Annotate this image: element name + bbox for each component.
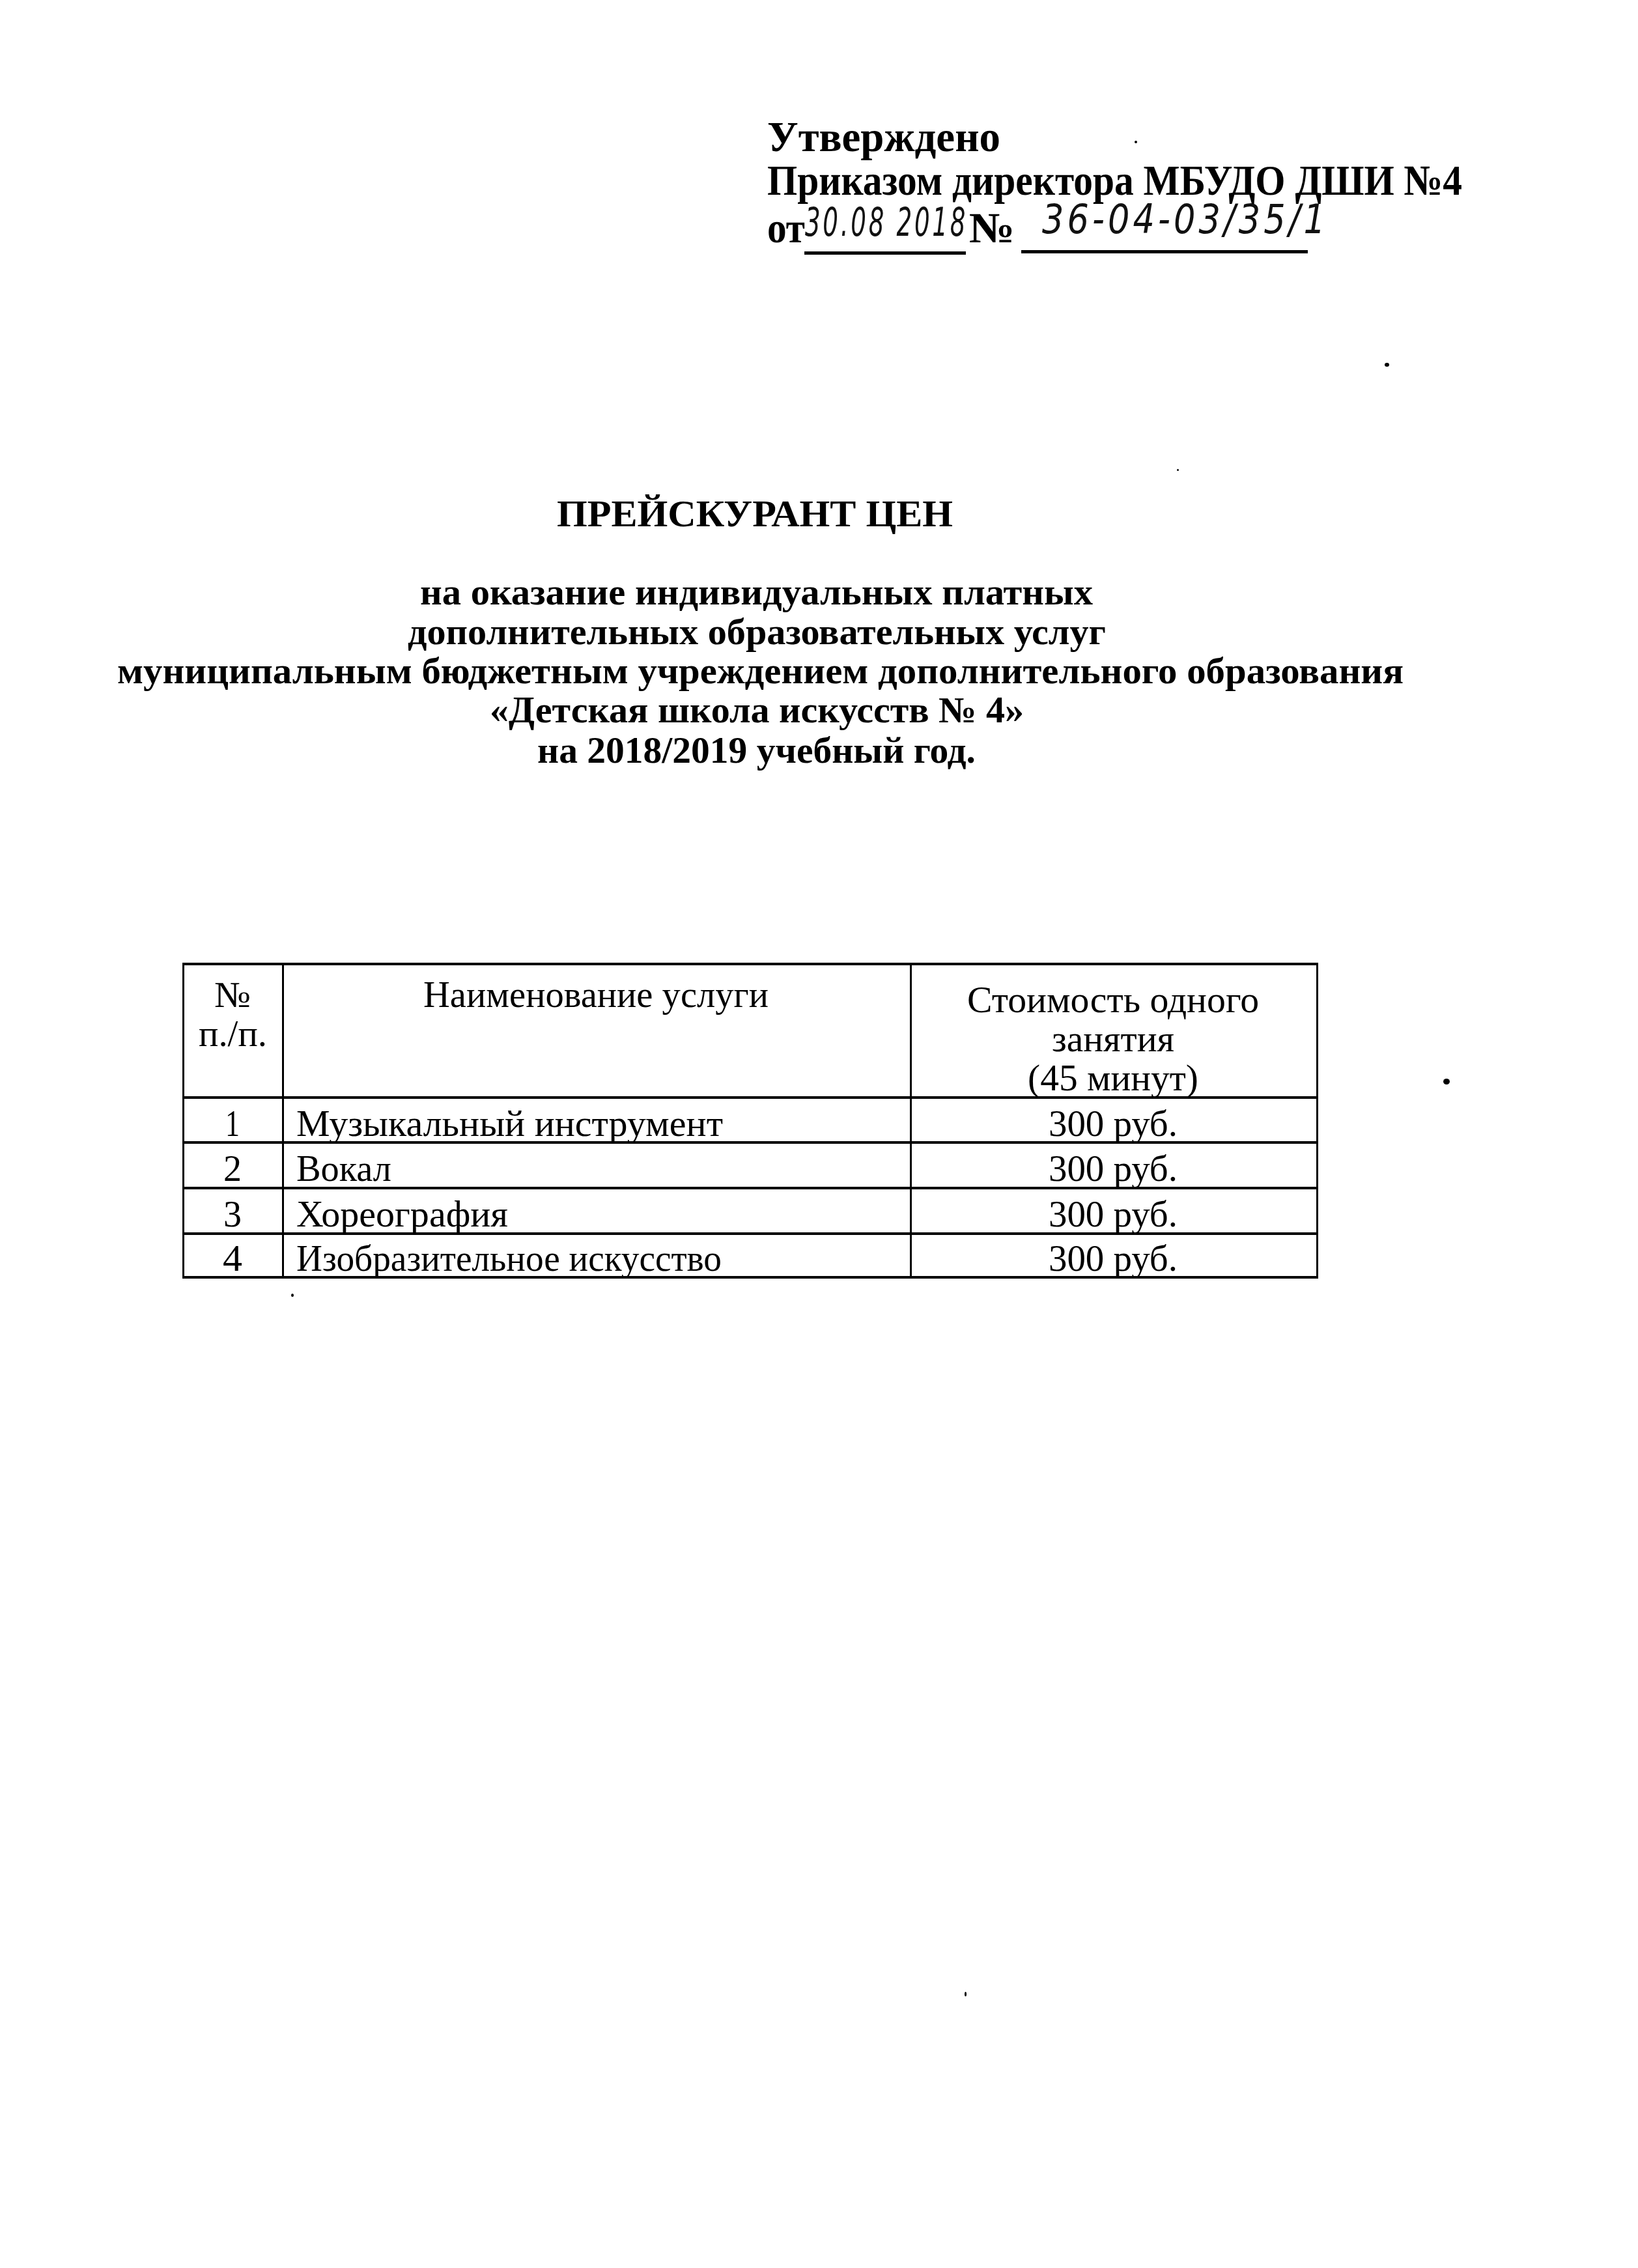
approval-label: Утверждено: [767, 116, 1000, 159]
scan-speck: [1177, 469, 1179, 471]
header-number-line-1: №: [214, 977, 251, 1014]
approval-number-handwritten: 36-04-03/35/1: [1042, 199, 1329, 240]
row-number: 3: [223, 1197, 242, 1233]
header-price-line-2: занятия: [1052, 1021, 1174, 1058]
approval-date-handwritten: 30.08 2018: [805, 203, 968, 242]
row-service: Хореография: [296, 1197, 508, 1233]
row-number: 1: [225, 1106, 240, 1142]
row-price: 300 руб.: [1049, 1241, 1178, 1277]
row-price: 300 руб.: [1049, 1197, 1178, 1233]
scan-speck: [1135, 141, 1137, 143]
approval-number-label: №: [969, 207, 1015, 250]
header-number-line-2: п./п.: [199, 1016, 267, 1053]
subtitle-line-2: дополнительных образовательных услуг: [408, 614, 1106, 651]
subtitle-line-3: муниципальным бюджетным учреждением допо…: [117, 653, 1404, 690]
header-service: Наименование услуги: [423, 977, 769, 1014]
scan-speck: [291, 1294, 294, 1297]
document-page: Утверждено Приказом директора МБУДО ДШИ …: [0, 0, 1638, 2268]
price-table: № п./п. Наименование услуги Стоимость од…: [182, 963, 1318, 1278]
number-underline: [1021, 250, 1308, 253]
header-price-line-3: (45 минут): [1028, 1060, 1198, 1097]
row-service: Музыкальный инструмент: [296, 1106, 723, 1142]
row-service: Изобразительное искусство: [296, 1241, 722, 1277]
subtitle-line-5: на 2018/2019 учебный год.: [537, 733, 976, 769]
subtitle-line-1: на оказание индивидуальных платных: [420, 574, 1093, 611]
subtitle-line-4: «Детская школа искусств № 4»: [490, 692, 1024, 729]
scan-speck: [1443, 1079, 1450, 1084]
row-price: 300 руб.: [1049, 1106, 1178, 1142]
row-service: Вокал: [296, 1151, 391, 1187]
row-number: 4: [223, 1241, 242, 1277]
date-underline: [804, 251, 966, 255]
header-price-line-1: Стоимость одного: [967, 982, 1259, 1019]
page-title: ПРЕЙСКУРАНТ ЦЕН: [557, 495, 953, 533]
row-price: 300 руб.: [1049, 1151, 1178, 1187]
approval-from-label: от: [767, 207, 805, 250]
scan-speck: [1385, 363, 1389, 367]
scan-speck: [965, 1992, 967, 1996]
row-number: 2: [223, 1151, 242, 1187]
